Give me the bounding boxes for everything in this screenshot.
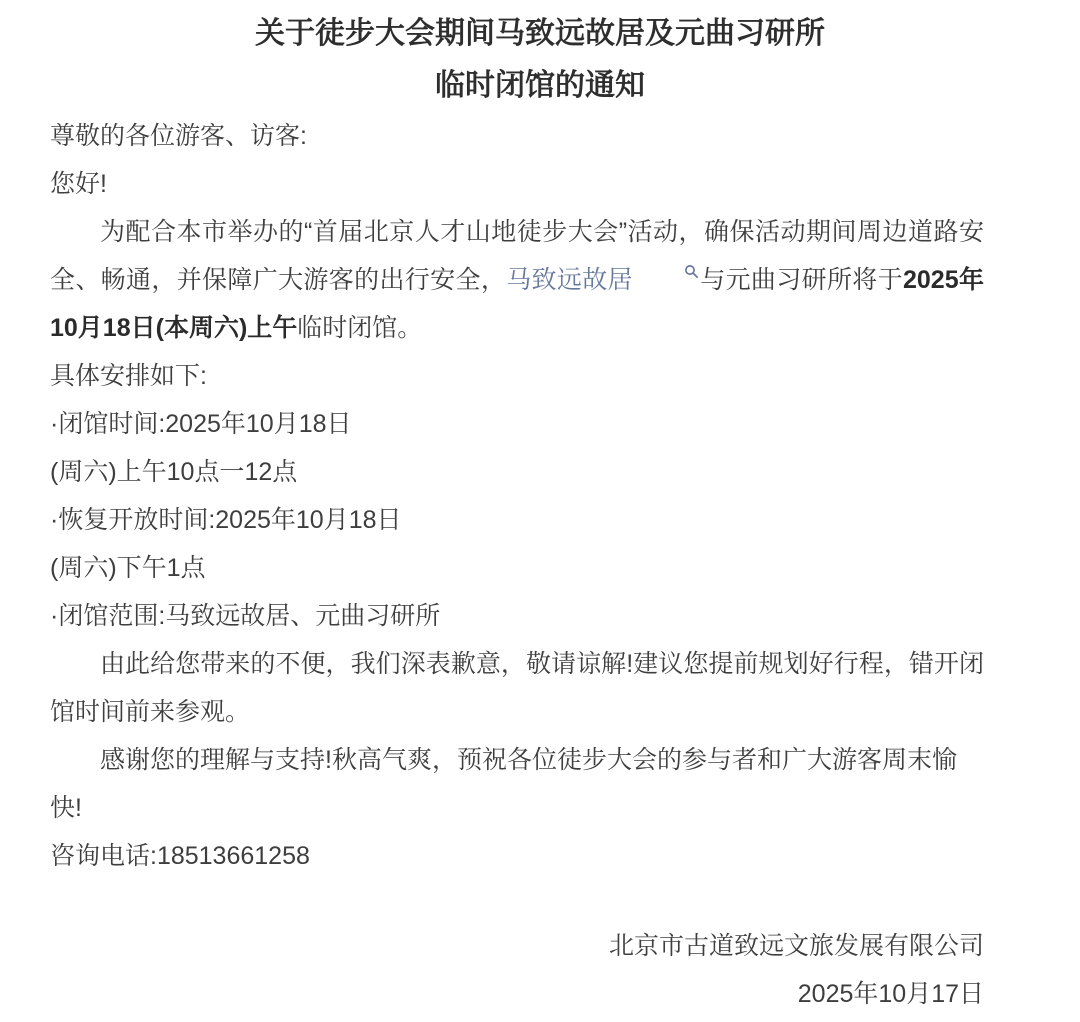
apology-paragraph: 由此给您带来的不便，我们深表歉意，敬请谅解!建议您提前规划好行程，错开闭馆时间前… (50, 640, 984, 736)
schedule-line-reopen-date: ·恢复开放时间:2025年10月18日 (50, 496, 984, 544)
signature-date: 2025年10月17日 (50, 970, 984, 1018)
schedule-line-closure-scope: ·闭馆范围:马致远故居、元曲习研所 (50, 592, 984, 640)
signature-company: 北京市古道致远文旅发展有限公司 (50, 922, 984, 970)
schedule-heading: 具体安排如下: (50, 352, 984, 400)
mazhiyuan-residence-link[interactable]: 马致远故居 (506, 266, 700, 294)
phone-line: 咨询电话:18513661258 (50, 832, 984, 880)
thanks-text-line1: 感谢您的理解与支持!秋高气爽，预祝各位徒步大会的参与者和广大游客周末愉 (100, 746, 957, 774)
salutation: 尊敬的各位游客、访客: (50, 112, 984, 160)
schedule-line-closure-time: (周六)上午10点一12点 (50, 448, 984, 496)
schedule-line-closure-date: ·闭馆时间:2025年10月18日 (50, 400, 984, 448)
intro-paragraph: 为配合本市举办的“首届北京人才山地徒步大会”活动，确保活动期间周边道路安全、畅通… (50, 208, 984, 352)
intro-text-after-bold: 临时闭馆。 (297, 314, 422, 342)
thanks-paragraph: 感谢您的理解与支持!秋高气爽，预祝各位徒步大会的参与者和广大游客周末愉快! (50, 736, 984, 832)
notice-document: 关于徒步大会期间马致远故居及元曲习研所 临时闭馆的通知 尊敬的各位游客、访客: … (0, 0, 1080, 1022)
intro-text-after-link: 与元曲习研所将于 (700, 266, 903, 294)
mazhiyuan-residence-link-label: 马致远故居 (506, 266, 633, 294)
notice-title-line2: 临时闭馆的通知 (50, 60, 1030, 112)
schedule-line-reopen-time: (周六)下午1点 (50, 544, 984, 592)
greeting: 您好! (50, 160, 984, 208)
thanks-text-line2: 快! (50, 794, 82, 822)
search-icon[interactable] (634, 264, 699, 279)
notice-title-line1: 关于徒步大会期间马致远故居及元曲习研所 (50, 8, 1030, 60)
signature-block: 北京市古道致远文旅发展有限公司 2025年10月17日 (50, 922, 984, 1018)
